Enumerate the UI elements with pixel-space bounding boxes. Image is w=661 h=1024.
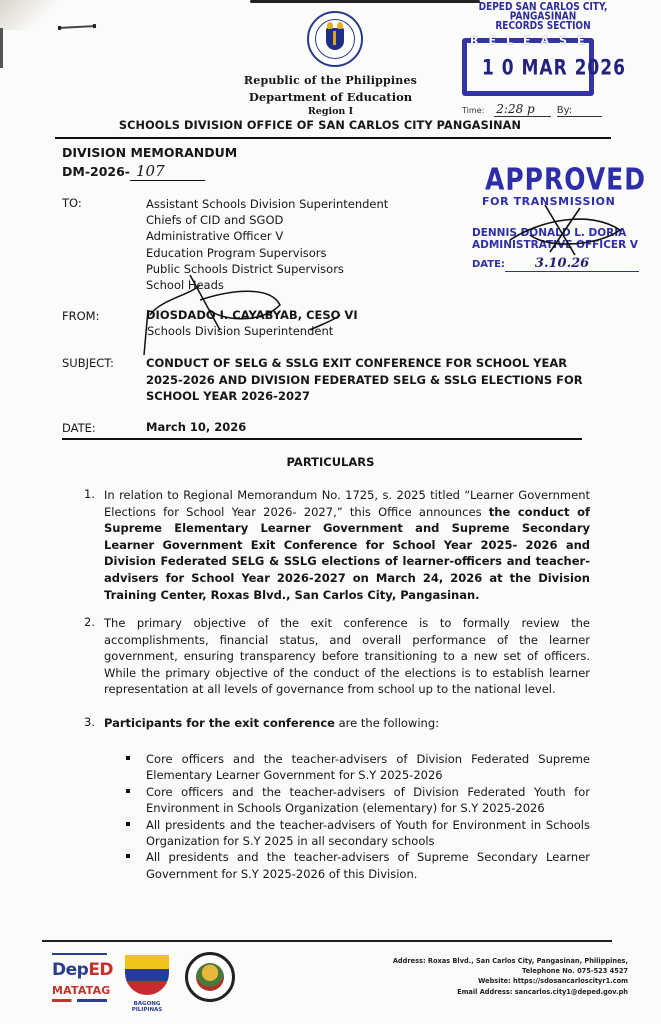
recipient: Education Program Supervisors: [146, 245, 388, 261]
bullet-icon: [126, 854, 130, 858]
by-label: By:: [557, 105, 602, 117]
from-name: DIOSDADO I. CAYABYAB, CESO VI: [146, 308, 358, 322]
footer-contact: Address: Roxas Blvd., San Carlos City, P…: [393, 956, 628, 997]
memo-number: DM-2026-107: [62, 162, 205, 180]
recipient: Chiefs of CID and SGOD: [146, 212, 388, 228]
release-stamp-time: Time:2:28 pBy:: [462, 102, 602, 116]
recipient: Administrative Officer V: [146, 228, 388, 244]
subject-label: SUBJECT:: [62, 356, 114, 370]
deped-matatag-logo-icon: DepED MATATAG: [52, 953, 108, 1011]
sdo-san-carlos-seal-icon: [185, 952, 235, 1002]
staple-icon: [58, 25, 96, 29]
footer-email: Email Address: sancarlos.city1@deped.gov…: [393, 987, 628, 997]
from-label: FROM:: [62, 309, 99, 323]
list-item: All presidents and the teacher-advisers …: [146, 849, 590, 882]
particulars-heading: PARTICULARS: [0, 455, 661, 469]
header-divider: [55, 137, 611, 139]
list-item: All presidents and the teacher-advisers …: [146, 817, 590, 850]
paragraph-2: The primary objective of the exit confer…: [104, 615, 590, 698]
memo-number-handwritten: 107: [130, 162, 205, 181]
officer-name: DENNIS DONALD L. DORIA: [472, 227, 638, 239]
paragraph-number: 2.: [84, 615, 95, 629]
memo-type: DIVISION MEMORANDUM: [62, 145, 237, 160]
officer-position: ADMINISTRATIVE OFFICER V: [472, 239, 638, 251]
participants-list: Core officers and the teacher-advisers o…: [146, 751, 590, 882]
memo-subject: CONDUCT OF SELG & SSLG EXIT CONFERENCE F…: [146, 355, 596, 405]
approved-stamp-title: APPROVED: [485, 162, 646, 197]
time-value: 2:28 p: [494, 102, 550, 117]
paragraph-1: In relation to Regional Memorandum No. 1…: [104, 487, 590, 603]
approved-date-value: 3.10.26: [505, 256, 639, 272]
date-label: DATE:: [62, 421, 96, 435]
to-label: TO:: [62, 196, 82, 210]
release-stamp-header: DEPED SAN CARLOS CITY, PANGASINAN RECORD…: [458, 3, 628, 32]
recipient: Assistant Schools Division Superintenden…: [146, 196, 388, 212]
footer-telephone: Telephone No. 075-523 4527: [393, 966, 628, 976]
office-line: SCHOOLS DIVISION OFFICE OF SAN CARLOS CI…: [60, 119, 580, 132]
approved-stamp-date: DATE:3.10.26: [472, 256, 639, 271]
memo-date: March 10, 2026: [146, 420, 246, 434]
memo-head-divider: [62, 438, 582, 440]
footer-divider: [42, 940, 612, 942]
paragraph-number: 1.: [84, 487, 95, 501]
bullet-icon: [126, 822, 130, 826]
bullet-icon: [126, 756, 130, 760]
release-stamp-date: 1 0 MAR 2026: [482, 56, 626, 81]
scan-shadow: [0, 0, 60, 30]
to-recipients: Assistant Schools Division Superintenden…: [146, 196, 388, 293]
from-position: Schools Division Superintendent: [147, 324, 333, 338]
approved-stamp-officer: DENNIS DONALD L. DORIA ADMINISTRATIVE OF…: [472, 227, 638, 251]
list-item: Core officers and the teacher-advisers o…: [146, 751, 590, 784]
scan-edge-top: [250, 0, 480, 3]
release-stamp-label: RELEASE: [470, 34, 594, 47]
footer-website: Website: https://sdosancarloscityr1.com: [393, 976, 628, 986]
paragraph-number: 3.: [84, 715, 95, 729]
bagong-pilipinas-logo-icon: BAGONG PILIPINAS: [124, 955, 170, 1013]
footer-address: Address: Roxas Blvd., San Carlos City, P…: [393, 956, 628, 966]
recipient: School Heads: [146, 277, 388, 293]
approved-stamp-subtitle: FOR TRANSMISSION: [482, 195, 615, 208]
seal-torch-icon: [325, 14, 345, 22]
list-item: Core officers and the teacher-advisers o…: [146, 784, 590, 817]
paragraph-3: Participants for the exit conference are…: [104, 715, 590, 732]
recipient: Public Schools District Supervisors: [146, 261, 388, 277]
time-label: Time:: [462, 106, 484, 115]
scan-edge: [0, 28, 3, 68]
bullet-icon: [126, 789, 130, 793]
